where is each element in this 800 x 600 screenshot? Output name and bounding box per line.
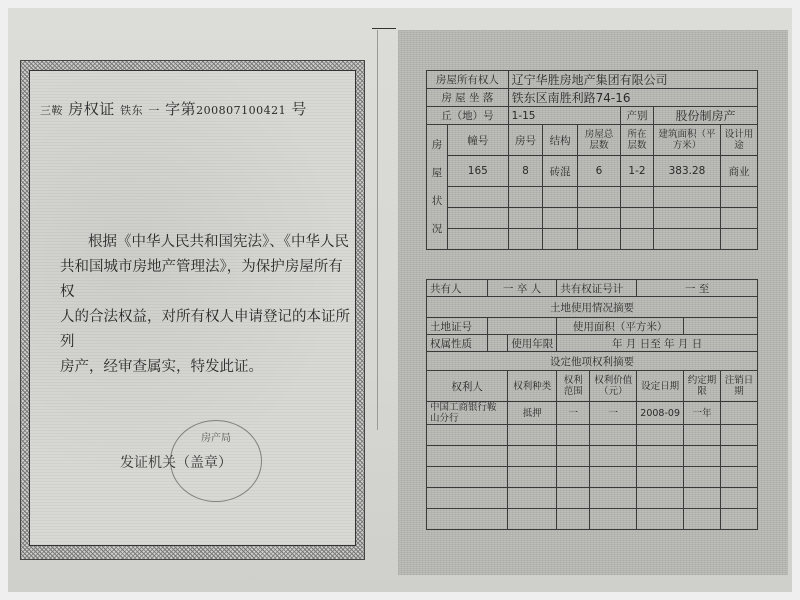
rights-section-row: 设定他项权利摘要 [427, 352, 758, 371]
use-area-value [684, 318, 758, 335]
certificate-number: 200807100421 [196, 104, 286, 117]
col-right-holder: 权利人 [427, 371, 508, 402]
co-cert-label: 共有权证号计 [557, 280, 637, 297]
rights-row [427, 509, 758, 530]
title-prefix: 三鞍 [40, 104, 63, 117]
house-row [427, 208, 758, 229]
col-term: 约定期限 [684, 371, 721, 402]
location-row: 房 屋 坐 落 铁东区南胜利路74-16 [427, 89, 758, 107]
page-fold-line [377, 30, 378, 430]
rights-header-row: 权利人 权利种类 权利范围 权利价值（元） 设定日期 约定期限 注销日期 [427, 371, 758, 402]
col-total-floors: 房屋总层数 [578, 125, 621, 156]
col-room-no: 房号 [508, 125, 543, 156]
rights-row [427, 446, 758, 467]
col-building-no: 幢号 [448, 125, 509, 156]
property-info-table: 房屋所有权人 辽宁华胜房地产集团有限公司 房 屋 坐 落 铁东区南胜利路74-1… [426, 70, 758, 250]
land-section-row: 土地使用情况摘要 [427, 297, 758, 318]
co-owner-value: 一 卒 人 [488, 280, 557, 297]
rights-section-title: 设定他项权利摘要 [427, 352, 758, 371]
statement-line: 根据《中华人民共和国宪法》、《中华人民 [60, 230, 350, 255]
certificate-detail-page: 房屋所有权人 辽宁华胜房地产集团有限公司 房 屋 坐 落 铁东区南胜利路74-1… [398, 30, 788, 575]
ownership-nature-label: 权属性质 [427, 335, 488, 352]
category-label: 产别 [621, 107, 654, 125]
co-owner-row: 共有人 一 卒 人 共有权证号计 一 至 [427, 280, 758, 297]
house-row [427, 187, 758, 208]
location-value: 铁东区南胜利路74-16 [508, 89, 757, 107]
location-label: 房 屋 坐 落 [427, 89, 509, 107]
rights-row: 中国工商银行鞍山分行 抵押 一 一 2008-09 一年 [427, 402, 758, 425]
land-and-rights-table: 共有人 一 卒 人 共有权证号计 一 至 土地使用情况摘要 土地证号 使用面积（… [426, 279, 758, 530]
ownership-nature-value [488, 335, 508, 352]
issuing-authority-label: 发证机关（盖章） [120, 452, 232, 472]
certificate-title-line: 三鞍 房权证 铁东 一 字第200807100421 号 [40, 98, 350, 119]
rights-row [427, 467, 758, 488]
certificate-title: 房权证 [68, 100, 115, 118]
statement-line: 人的合法权益，对所有权人申请登记的本证所列 [60, 305, 350, 355]
statement-line: 房产，经审查属实，特发此证。 [60, 355, 350, 380]
col-set-date: 设定日期 [637, 371, 684, 402]
land-cert-row: 土地证号 使用面积（平方米） [427, 318, 758, 335]
house-section-label: 房 屋 状 况 [427, 125, 448, 250]
land-cert-value [488, 318, 557, 335]
owner-label: 房屋所有权人 [427, 71, 509, 89]
certificate-cover-page: 三鞍 房权证 铁东 一 字第200807100421 号 根据《中华人民共和国宪… [20, 60, 365, 560]
col-right-value: 权利价值（元） [590, 371, 637, 402]
rights-row [427, 425, 758, 446]
statement-line: 共和国城市房地产管理法》，为保护房屋所有权 [60, 255, 350, 305]
lot-label: 丘（地）号 [427, 107, 509, 125]
house-header-row: 房 屋 状 况 幢号 房号 结构 房屋总层数 所在层数 建筑面积（平方米） 设计… [427, 125, 758, 156]
rights-row [427, 488, 758, 509]
fold-mark [372, 28, 396, 29]
certificate-statement: 根据《中华人民共和国宪法》、《中华人民 共和国城市房地产管理法》，为保护房屋所有… [60, 230, 350, 380]
owner-row: 房屋所有权人 辽宁华胜房地产集团有限公司 [427, 71, 758, 89]
district: 铁东 [120, 104, 143, 117]
col-right-type: 权利种类 [508, 371, 557, 402]
col-area: 建筑面积（平方米） [654, 125, 721, 156]
col-usage: 设计用途 [721, 125, 758, 156]
co-cert-value: 一 至 [637, 280, 758, 297]
ownership-row: 权属性质 使用年限 年 月 日至 年 月 日 [427, 335, 758, 352]
word-no-label: 字第 [165, 100, 196, 118]
number-suffix: 号 [291, 100, 307, 118]
land-section-title: 土地使用情况摘要 [427, 297, 758, 318]
use-term-label: 使用年限 [508, 335, 557, 352]
use-term-value: 年 月 日至 年 月 日 [557, 335, 758, 352]
lot-value: 1-15 [508, 107, 620, 125]
category-value: 股份制房产 [654, 107, 758, 125]
col-cancel-date: 注销日期 [721, 371, 758, 402]
land-cert-label: 土地证号 [427, 318, 488, 335]
lot-row: 丘（地）号 1-15 产别 股份制房产 [427, 107, 758, 125]
seal-text: 房产局 [171, 429, 261, 444]
dash: 一 [148, 104, 160, 117]
owner-value: 辽宁华胜房地产集团有限公司 [508, 71, 757, 89]
house-row: 165 8 砖混 6 1-2 383.28 商业 [427, 156, 758, 187]
col-floor: 所在层数 [621, 125, 654, 156]
house-row [427, 229, 758, 250]
use-area-label: 使用面积（平方米） [557, 318, 684, 335]
co-owner-label: 共有人 [427, 280, 488, 297]
col-right-scope: 权利范围 [557, 371, 590, 402]
col-structure: 结构 [543, 125, 578, 156]
